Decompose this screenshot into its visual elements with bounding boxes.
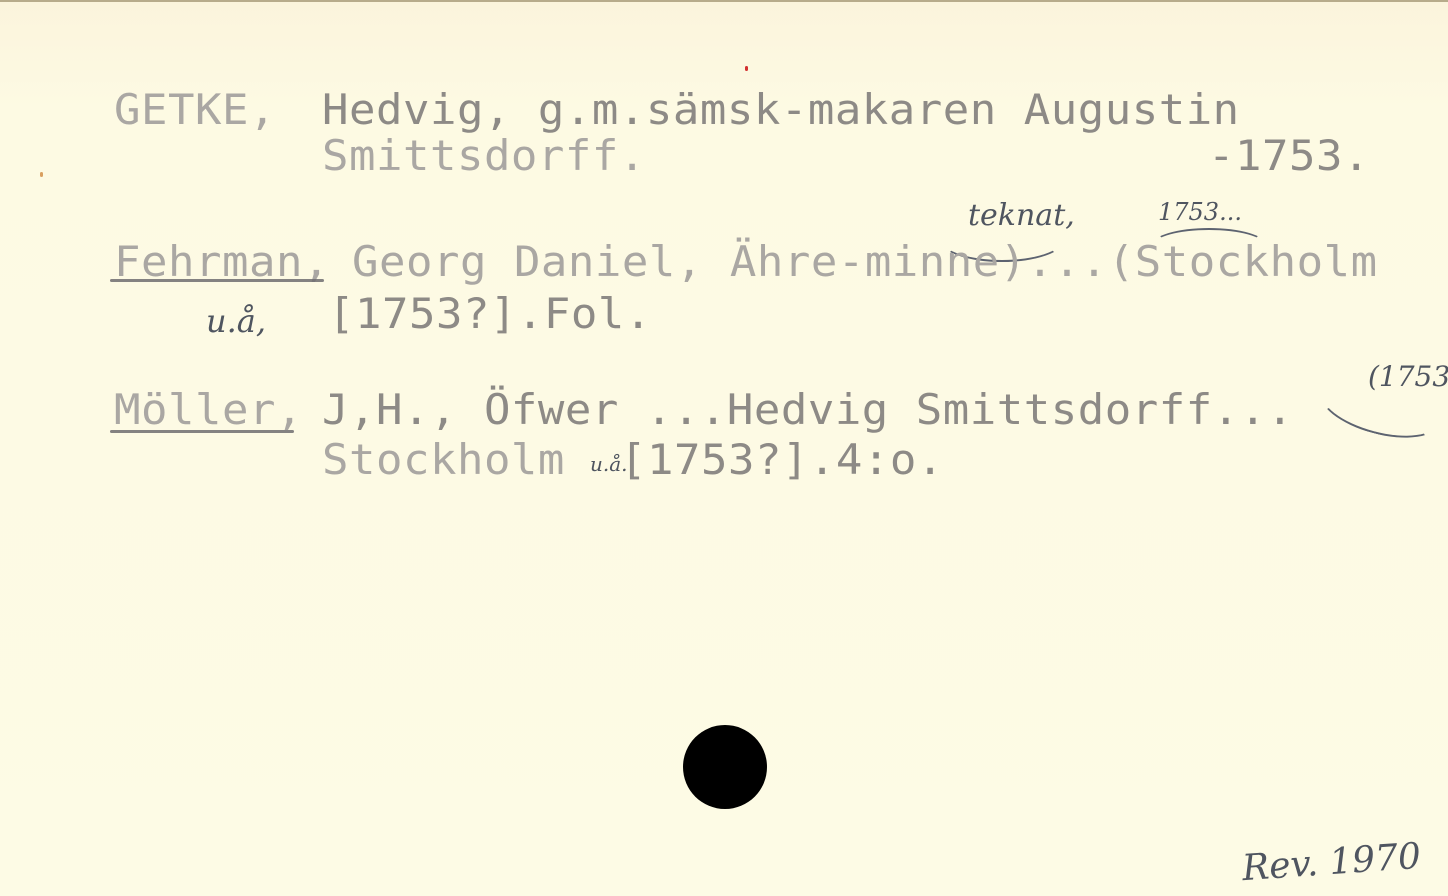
entry-2-author-underline [110, 279, 324, 282]
entry-1-title-line2: Smittsdorff. [322, 136, 646, 178]
entry-2-imprint: [1753?].Fol. [328, 294, 652, 336]
entry-3-author: Möller, [114, 390, 303, 432]
entry-2-author: Fehrman, [114, 242, 330, 284]
revision-note: Rev. 1970 [1241, 836, 1422, 889]
catalog-card: GETKE, Hedvig, g.m.sämsk-makaren Augusti… [0, 0, 1448, 896]
entry-3-title-line1: J,H., Öfwer ...Hedvig Smittsdorff... [322, 390, 1294, 432]
entry-1-author: GETKE, [114, 90, 276, 132]
entry-2-handwritten-ua: u.å, [206, 302, 266, 340]
ink-speck [745, 66, 748, 71]
entry-2-title-line1: Georg Daniel, Ähre-minne)...(Stockholm [352, 242, 1378, 284]
card-top-edge [0, 0, 1448, 2]
paper-speck [40, 172, 43, 177]
entry-1-title-line1: Hedvig, g.m.sämsk-makaren Augustin [322, 90, 1240, 132]
entry-3-imprint-place: Stockholm [322, 440, 565, 482]
entry-1-date: -1753. [1208, 136, 1370, 178]
entry-3-imprint-date: [1753?].4:o. [620, 440, 944, 482]
entry-2-annotation-year: 1753... [1158, 198, 1242, 226]
card-punch-hole [683, 725, 767, 809]
entry-3-author-underline [110, 430, 294, 433]
